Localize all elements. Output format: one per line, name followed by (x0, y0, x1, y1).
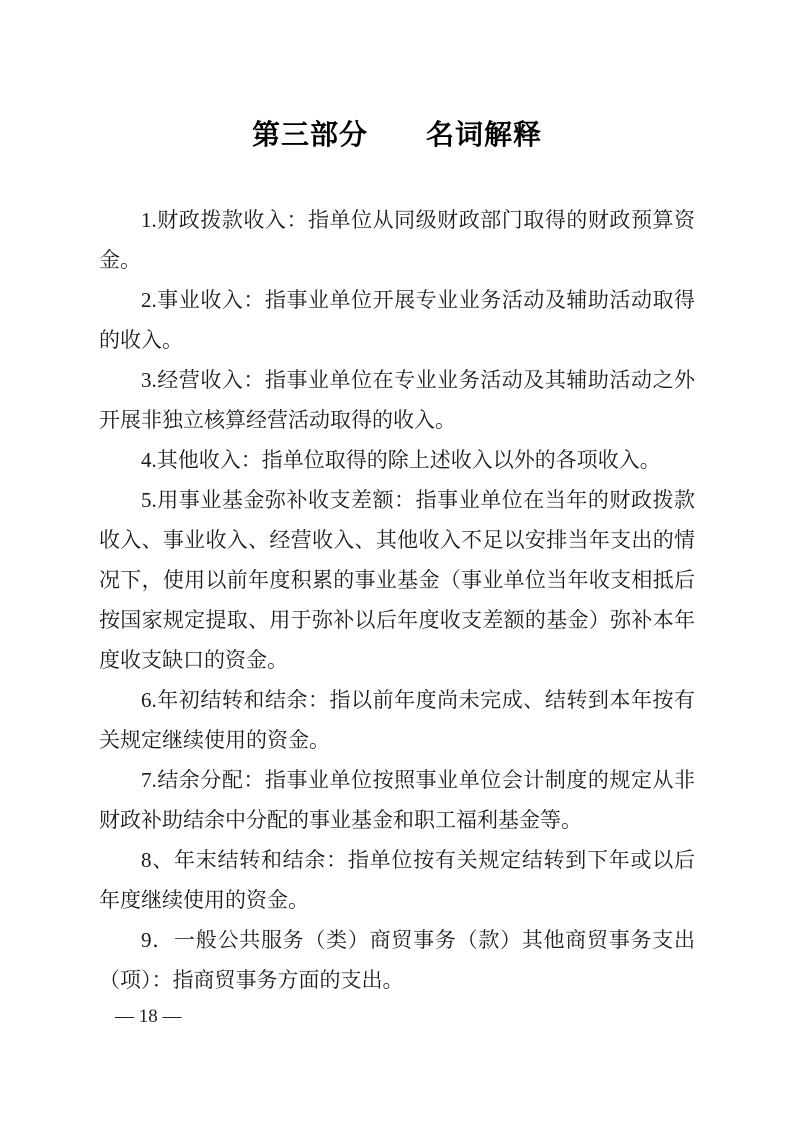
definition-paragraph-6: 6.年初结转和结余：指以前年度尚未完成、结转到本年按有关规定继续使用的资金。 (99, 680, 695, 760)
document-body: 1.财政拨款收入：指单位从同级财政部门取得的财政预算资金。 2.事业收入：指事业… (99, 200, 695, 1000)
page-number: — 18 — (115, 1006, 182, 1027)
definition-paragraph-4: 4.其他收入：指单位取得的除上述收入以外的各项收入。 (99, 440, 695, 480)
definition-paragraph-8: 8、年末结转和结余：指单位按有关规定结转到下年或以后年度继续使用的资金。 (99, 840, 695, 920)
definition-paragraph-3: 3.经营收入：指事业单位在专业业务活动及其辅助活动之外开展非独立核算经营活动取得… (99, 360, 695, 440)
definition-paragraph-2: 2.事业收入：指事业单位开展专业业务活动及辅助活动取得的收入。 (99, 280, 695, 360)
definition-paragraph-1: 1.财政拨款收入：指单位从同级财政部门取得的财政预算资金。 (99, 200, 695, 280)
page-footer: — 18 — (99, 1004, 695, 1030)
definition-paragraph-5: 5.用事业基金弥补收支差额：指事业单位在当年的财政拨款收入、事业收入、经营收入、… (99, 480, 695, 680)
definition-paragraph-9: 9．一般公共服务（类）商贸事务（款）其他商贸事务支出（项）：指商贸事务方面的支出… (99, 920, 695, 1000)
page-title: 第三部分 名词解释 (99, 118, 695, 152)
document-page: 第三部分 名词解释 1.财政拨款收入：指单位从同级财政部门取得的财政预算资金。 … (0, 0, 793, 1122)
definition-paragraph-7: 7.结余分配：指事业单位按照事业单位会计制度的规定从非财政补助结余中分配的事业基… (99, 760, 695, 840)
